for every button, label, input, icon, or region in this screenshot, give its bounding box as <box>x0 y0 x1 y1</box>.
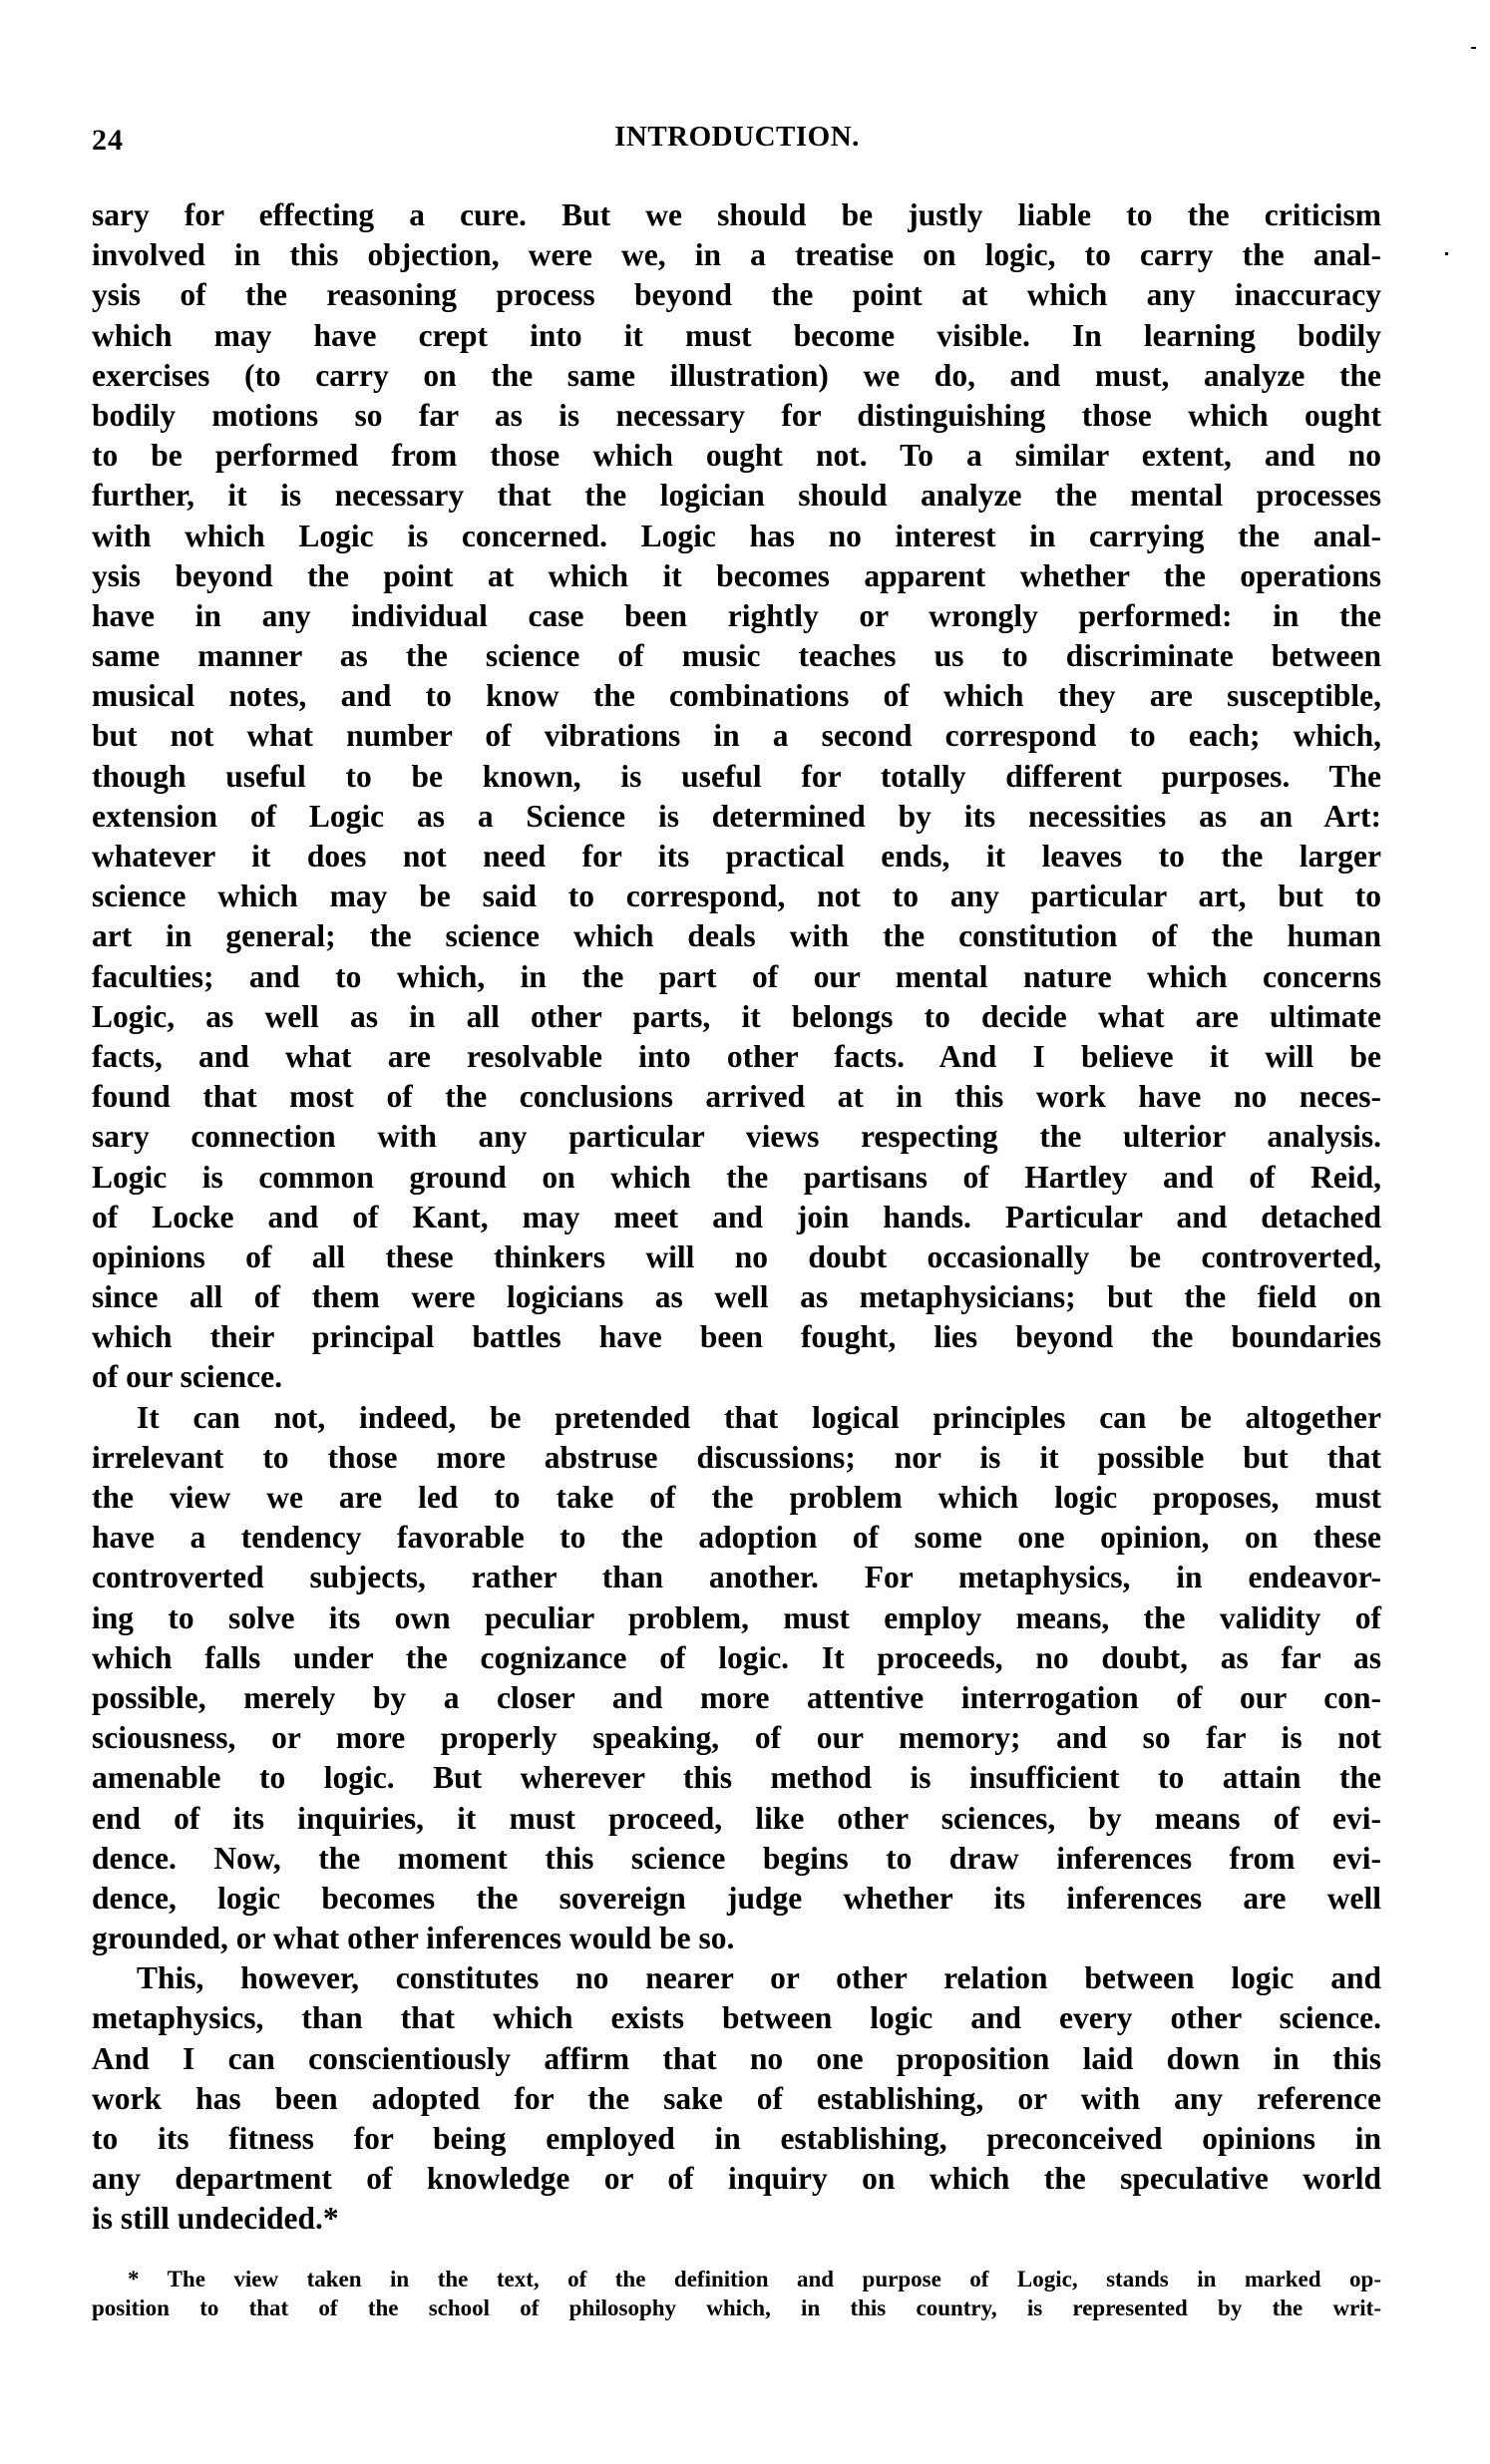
text-line: faculties; and to which, in the part of … <box>92 957 1381 997</box>
text-line: exercises (to carry on the same illustra… <box>92 356 1381 396</box>
text-line: ysis beyond the point at which it become… <box>92 556 1381 596</box>
text-line: musical notes, and to know the combinati… <box>92 676 1381 716</box>
text-line: irrelevant to those more abstruse discus… <box>92 1438 1381 1478</box>
text-line: whatever it does not need for its practi… <box>92 837 1381 877</box>
text-line: of Locke and of Kant, may meet and join … <box>92 1198 1381 1237</box>
text-line: work has been adopted for the sake of es… <box>92 2079 1381 2119</box>
footnote: * The view taken in the text, of the def… <box>92 2266 1381 2322</box>
text-line: to be performed from those which ought n… <box>92 436 1381 476</box>
text-line: bodily motions so far as is necessary fo… <box>92 396 1381 436</box>
text-line: And I can conscientiously affirm that no… <box>92 2039 1381 2079</box>
text-line: with which Logic is concerned. Logic has… <box>92 517 1381 556</box>
text-line: to its fitness for being employed in est… <box>92 2119 1381 2159</box>
text-line: Logic, as well as in all other parts, it… <box>92 997 1381 1037</box>
text-line: opinions of all these thinkers will no d… <box>92 1237 1381 1277</box>
text-line: same manner as the science of music teac… <box>92 636 1381 676</box>
text-line: found that most of the conclusions arriv… <box>92 1077 1381 1117</box>
text-line: Logic is common ground on which the part… <box>92 1158 1381 1198</box>
text-line: controverted subjects, rather than anoth… <box>92 1558 1381 1597</box>
text-line: grounded, or what other inferences would… <box>92 1919 1381 1958</box>
text-line: any department of knowledge or of inquir… <box>92 2159 1381 2199</box>
text-line: have in any individual case been rightly… <box>92 596 1381 636</box>
text-line: involved in this objection, were we, in … <box>92 235 1381 275</box>
body-text: sary for effecting a cure. But we should… <box>92 195 1381 2240</box>
text-line: is still undecided.* <box>92 2199 1381 2239</box>
book-page: 24 INTRODUCTION. sary for effecting a cu… <box>0 0 1490 2464</box>
text-line: since all of them were logicians as well… <box>92 1277 1381 1317</box>
text-line: the view we are led to take of the probl… <box>92 1478 1381 1518</box>
paragraph-3: This, however, constitutes no nearer or … <box>92 1958 1381 2239</box>
text-line: possible, merely by a closer and more at… <box>92 1678 1381 1718</box>
text-line: It can not, indeed, be pretended that lo… <box>92 1398 1381 1438</box>
text-line: science which may be said to correspond,… <box>92 877 1381 916</box>
text-line: but not what number of vibrations in a s… <box>92 716 1381 756</box>
text-line: metaphysics, than that which exists betw… <box>92 1998 1381 2038</box>
text-line: which their principal battles have been … <box>92 1317 1381 1357</box>
running-title: INTRODUCTION. <box>598 120 876 154</box>
text-line: sary connection with any particular view… <box>92 1117 1381 1157</box>
page-number: 24 <box>92 124 124 158</box>
text-line: which falls under the cognizance of logi… <box>92 1638 1381 1678</box>
text-line: amenable to logic. But wherever this met… <box>92 1758 1381 1798</box>
text-line: have a tendency favorable to the adoptio… <box>92 1518 1381 1558</box>
footnote-line: position to that of the school of philos… <box>92 2294 1381 2323</box>
text-line: which may have crept into it must become… <box>92 316 1381 356</box>
text-line: though useful to be known, is useful for… <box>92 757 1381 797</box>
text-line: ysis of the reasoning process beyond the… <box>92 275 1381 315</box>
text-line: This, however, constitutes no nearer or … <box>92 1958 1381 1998</box>
text-line: facts, and what are resolvable into othe… <box>92 1037 1381 1077</box>
text-line: end of its inquiries, it must proceed, l… <box>92 1799 1381 1839</box>
text-line: dence, logic becomes the sovereign judge… <box>92 1879 1381 1919</box>
text-line: sary for effecting a cure. But we should… <box>92 195 1381 235</box>
text-line: sciousness, or more properly speaking, o… <box>92 1718 1381 1758</box>
footnote-line: * The view taken in the text, of the def… <box>92 2266 1381 2294</box>
text-line: art in general; the science which deals … <box>92 916 1381 956</box>
text-line: extension of Logic as a Science is deter… <box>92 797 1381 837</box>
paragraph-1: sary for effecting a cure. But we should… <box>92 195 1381 1398</box>
running-head: 24 INTRODUCTION. <box>92 118 1381 158</box>
scan-speck <box>1445 252 1448 255</box>
scan-speck <box>1471 47 1476 49</box>
text-line: ing to solve its own peculiar problem, m… <box>92 1598 1381 1638</box>
text-line: dence. Now, the moment this science begi… <box>92 1839 1381 1879</box>
text-line: of our science. <box>92 1357 1381 1397</box>
paragraph-2: It can not, indeed, be pretended that lo… <box>92 1398 1381 1959</box>
text-line: further, it is necessary that the logici… <box>92 476 1381 516</box>
